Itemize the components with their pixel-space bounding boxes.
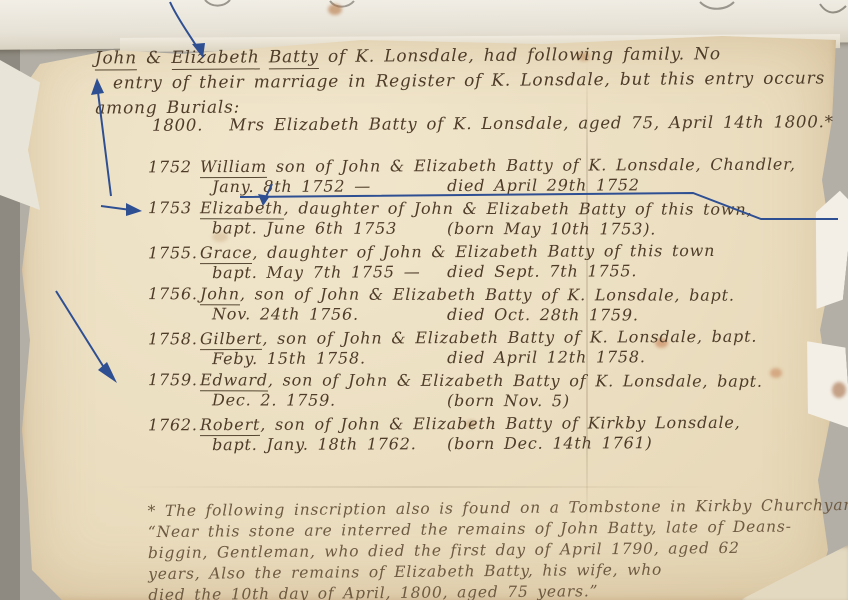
register-entry-william: 1752 William son of John & Elizabeth Bat…: [148, 155, 796, 198]
entry-death-note: died Sept. 7th 1755.: [447, 261, 637, 282]
entry-death-note: died Oct. 28th 1759.: [447, 305, 639, 326]
register-entry-elizabeth: 1753 Elizabeth, daughter of John & Eliza…: [148, 198, 796, 240]
entry-date: bapt. May 7th 1755 —: [200, 262, 447, 283]
entry-text: , daughter of John & Elizabeth Batty of …: [252, 241, 715, 262]
entry-name: Robert: [200, 415, 260, 436]
register-entry-robert: 1762. Robert, son of John & Elizabeth Ba…: [148, 413, 796, 456]
entry-name: Grace: [200, 243, 252, 264]
entry-name: Edward: [200, 370, 268, 391]
register-entry-edward: 1759. Edward, son of John & Elizabeth Ba…: [148, 370, 796, 412]
entry-text: son of John & Elizabeth Batty of K. Lons…: [267, 155, 796, 176]
name-batty: Batty: [269, 47, 319, 69]
scanned-manuscript-page: { "colors":{ "paper":"#ebdec0", "ink":"#…: [0, 0, 848, 600]
entry-birth-note: (born Nov. 5): [447, 391, 570, 411]
entry-death-note: died April 29th 1752: [447, 175, 640, 196]
entry-name: William: [200, 157, 267, 178]
paper-stain: [832, 382, 846, 398]
paper-stain: [328, 4, 342, 15]
entry-text: , daughter of John & Elizabeth Batty of …: [284, 199, 753, 219]
entry-name: John: [200, 284, 240, 305]
header-line-2: entry of their marriage in Register of K…: [113, 66, 825, 96]
entry-year: 1755.: [148, 243, 200, 283]
entry-text: , son of John & Elizabeth Batty of K. Lo…: [240, 284, 735, 304]
burial-text: Mrs Elizabeth Batty of K. Lonsdale, aged…: [229, 112, 834, 134]
entry-date: Dec. 2. 1759.: [200, 390, 447, 411]
register-entry-john: 1756. John, son of John & Elizabeth Batt…: [148, 284, 796, 326]
entry-date: bapt. Jany. 18th 1762.: [200, 434, 447, 455]
entry-date: Jany. 8th 1752 —: [200, 176, 447, 197]
entry-text: , son of John & Elizabeth Batty of K. Lo…: [268, 370, 763, 390]
entry-date: Nov. 24th 1756.: [200, 304, 447, 325]
register-entry-grace: 1755. Grace, daughter of John & Elizabet…: [148, 241, 796, 284]
entry-year: 1762.: [148, 415, 200, 455]
entry-date: Feby. 15th 1758.: [200, 348, 447, 369]
entry-birth-note: (born May 10th 1753).: [447, 219, 656, 240]
entry-date: bapt. June 6th 1753: [200, 218, 447, 239]
tombstone-footnote: * The following inscription also is foun…: [148, 495, 848, 600]
entry-death-note: died April 12th 1758.: [447, 347, 646, 368]
family-register-list: 1752 William son of John & Elizabeth Bat…: [148, 156, 796, 457]
name-elizabeth: Elizabeth: [171, 47, 259, 70]
entry-text: , son of John & Elizabeth Batty of K. Lo…: [262, 327, 757, 348]
entry-name: Elizabeth: [200, 198, 284, 219]
entry-year: 1756.: [148, 284, 200, 324]
header-line1-rest: of K. Lonsdale, had following family. No: [319, 44, 721, 67]
entry-name: Gilbert: [200, 329, 262, 350]
register-entry-gilbert: 1758. Gilbert, son of John & Elizabeth B…: [148, 327, 796, 370]
entry-year: 1758.: [148, 329, 200, 369]
name-john: John: [95, 48, 137, 70]
document-header: John & Elizabeth Batty of K. Lonsdale, h…: [95, 41, 826, 121]
burial-year: 1800.: [152, 116, 203, 135]
entry-year: 1752: [148, 157, 200, 197]
entry-text: , son of John & Elizabeth Batty of Kirkb…: [260, 413, 740, 434]
entry-year: 1759.: [148, 370, 200, 410]
entry-birth-note: (born Dec. 14th 1761): [447, 433, 653, 454]
burial-register-entry: 1800.Mrs Elizabeth Batty of K. Lonsdale,…: [152, 112, 834, 135]
entry-year: 1753: [148, 198, 200, 238]
